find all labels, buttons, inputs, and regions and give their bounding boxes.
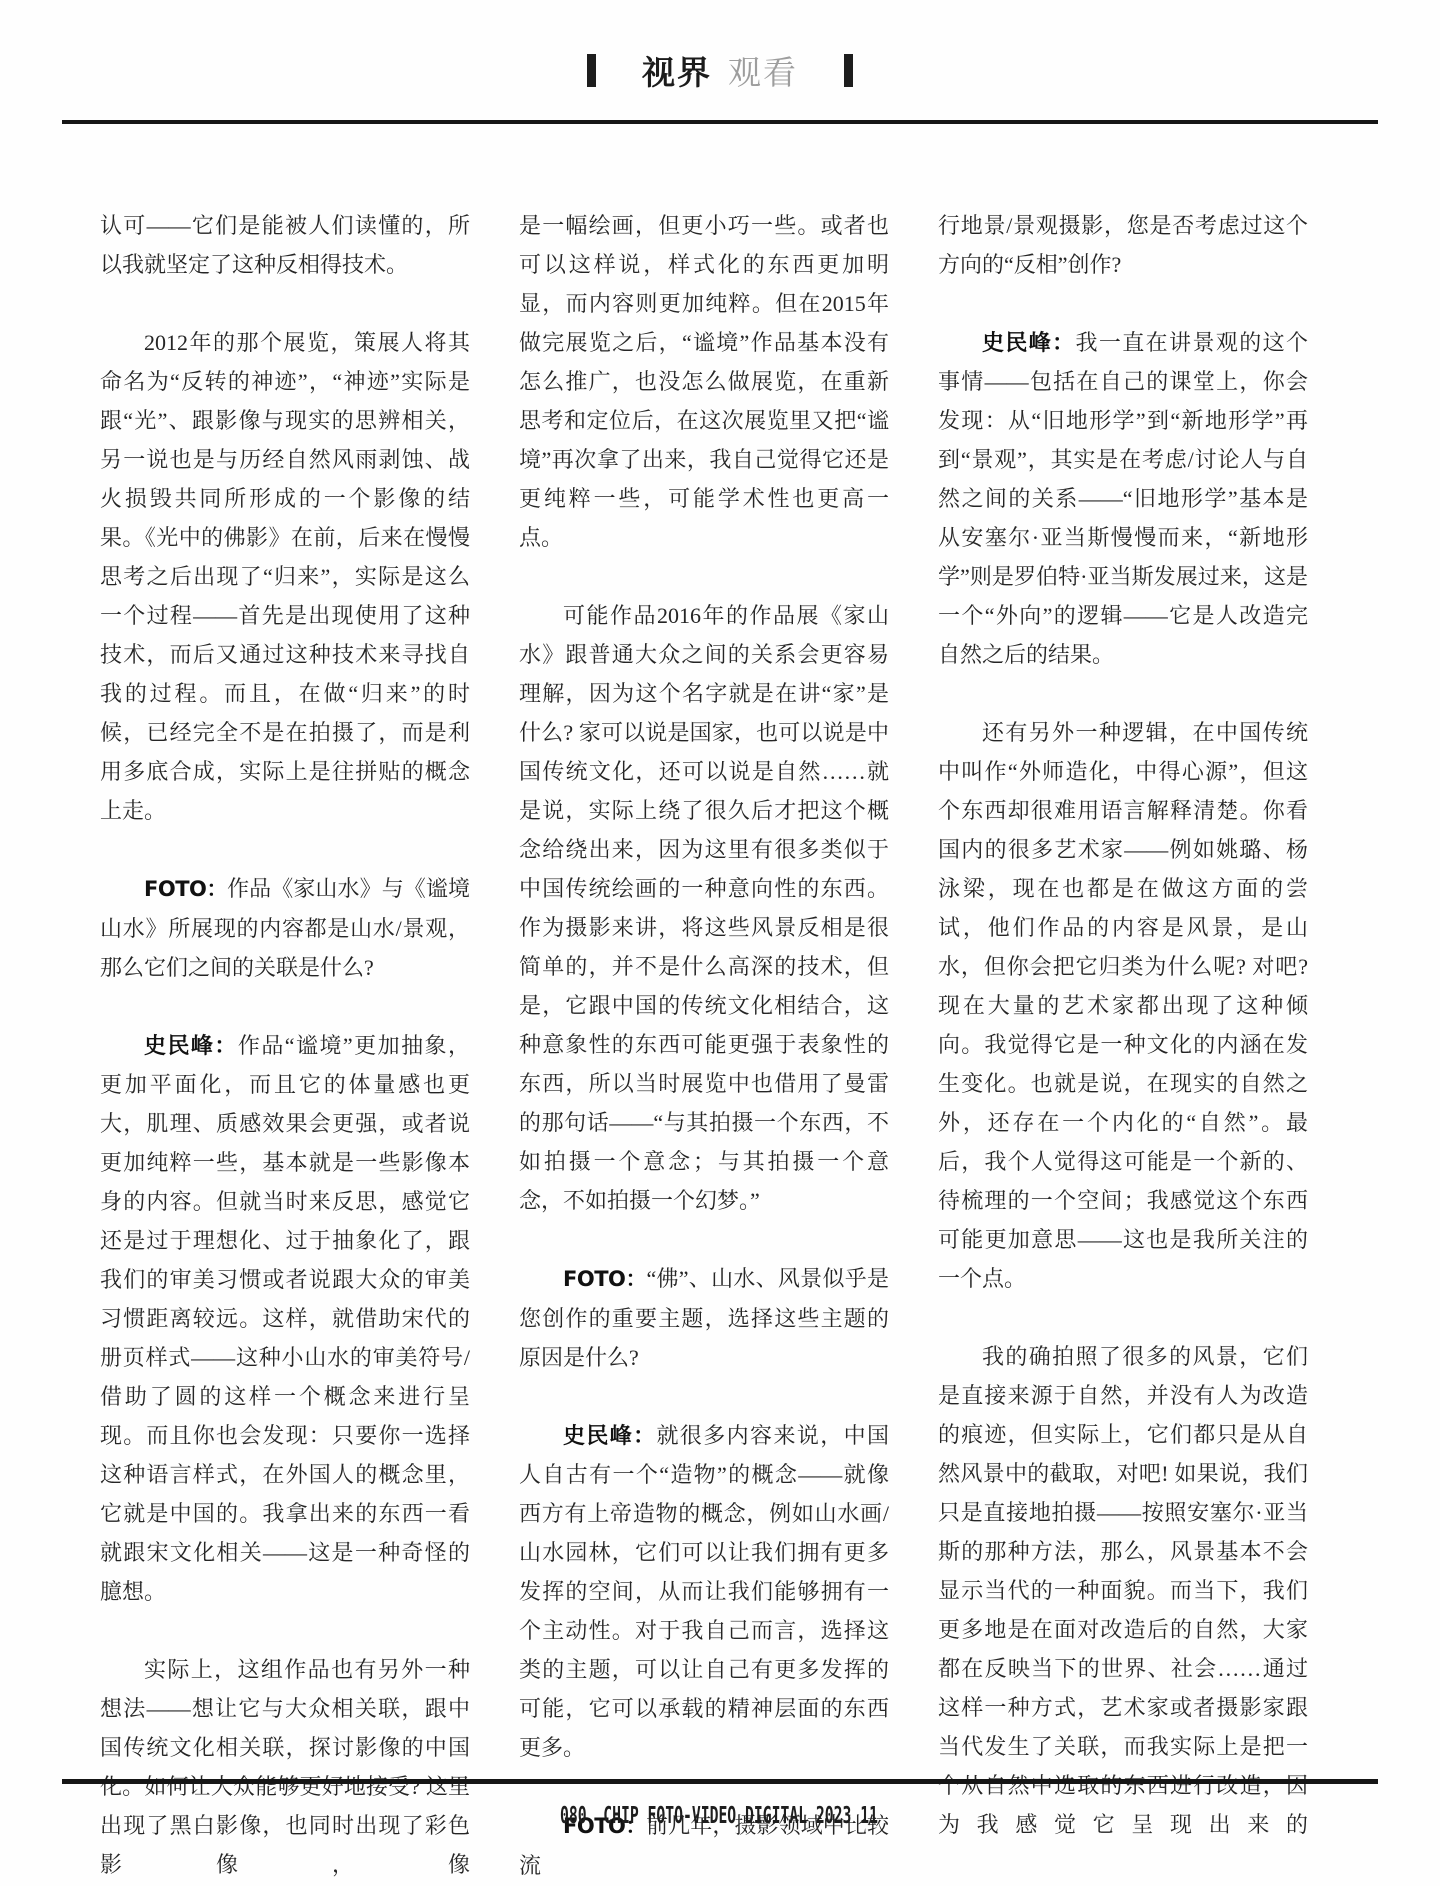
paragraph-text: 认可——它们是能被人们读懂的，所以我就坚定了这种反相得技术。 — [100, 213, 470, 277]
paragraph-text: 可能作品2016年的作品展《家山水》跟普通大众之间的关系会更容易理解，因为这个名… — [519, 603, 889, 1213]
column-3: 行地景/景观摄影，您是否考虑过这个方向的“反相”创作? 史民峰：我一直在讲景观的… — [938, 206, 1308, 1885]
interviewee-label: 史民峰： — [144, 1033, 238, 1058]
header-bar-right-icon — [844, 54, 853, 87]
header-bar-left-icon — [587, 54, 596, 87]
paragraph: 史民峰：作品“谧境”更加抽象，更加平面化，而且它的体量感也更大，肌理、质感效果会… — [100, 1026, 470, 1611]
footer-rule — [62, 1779, 1378, 1784]
magazine-title: CHIP FOTO-VIDEO DIGITAL 2023 11 — [603, 1803, 878, 1829]
page-number: 080 — [560, 1803, 587, 1829]
paragraph-text: 行地景/景观摄影，您是否考虑过这个方向的“反相”创作? — [938, 213, 1308, 277]
paragraph: 实际上，这组作品也有另外一种想法——想让它与大众相关联，跟中国传统文化相关联，探… — [100, 1650, 470, 1884]
paragraph-text: 实际上，这组作品也有另外一种想法——想让它与大众相关联，跟中国传统文化相关联，探… — [100, 1657, 470, 1877]
header-rule — [62, 120, 1378, 124]
interviewee-label: 史民峰： — [563, 1423, 657, 1448]
paragraph-text: 作品“谧境”更加抽象，更加平面化，而且它的体量感也更大，肌理、质感效果会更强，或… — [100, 1033, 470, 1604]
paragraph-text: 还有另外一种逻辑，在中国传统中叫作“外师造化，中得心源”，但这个东西却很难用语言… — [938, 720, 1308, 1291]
column-2: 是一幅绘画，但更小巧一些。或者也可以这样说，样式化的东西更加明显，而内容则更加纯… — [519, 206, 889, 1885]
paragraph-text: 我的确拍照了很多的风景，它们是直接来源于自然，并没有人为改造的痕迹，但实际上，它… — [938, 1344, 1308, 1837]
paragraph: FOTO：“佛”、山水、风景似乎是您创作的重要主题，选择这些主题的原因是什么? — [519, 1259, 889, 1377]
section-title: 视界 — [642, 47, 712, 94]
paragraph: FOTO：作品《家山水》与《谧境山水》所展现的内容都是山水/景观，那么它们之间的… — [100, 869, 470, 987]
paragraph: 2012年的那个展览，策展人将其命名为“反转的神迹”，“神迹”实际是跟“光”、跟… — [100, 323, 470, 830]
paragraph: 史民峰：我一直在讲景观的这个事情——包括在自己的课堂上，你会发现：从“旧地形学”… — [938, 323, 1308, 674]
paragraph: 认可——它们是能被人们读懂的，所以我就坚定了这种反相得技术。 — [100, 206, 470, 284]
page-footer: 080 CHIP FOTO-VIDEO DIGITAL 2023 11 — [560, 1803, 878, 1829]
paragraph: 史民峰：就很多内容来说，中国人自古有一个“造物”的概念——就像西方有上帝造物的概… — [519, 1416, 889, 1767]
paragraph: 还有另外一种逻辑，在中国传统中叫作“外师造化，中得心源”，但这个东西却很难用语言… — [938, 713, 1308, 1298]
paragraph: 我的确拍照了很多的风景，它们是直接来源于自然，并没有人为改造的痕迹，但实际上，它… — [938, 1337, 1308, 1844]
paragraph-text: 2012年的那个展览，策展人将其命名为“反转的神迹”，“神迹”实际是跟“光”、跟… — [100, 330, 470, 823]
interviewer-label: FOTO： — [563, 1267, 646, 1291]
paragraph: 可能作品2016年的作品展《家山水》跟普通大众之间的关系会更容易理解，因为这个名… — [519, 596, 889, 1220]
paragraph-text: 是一幅绘画，但更小巧一些。或者也可以这样说，样式化的东西更加明显，而内容则更加纯… — [519, 213, 889, 550]
paragraph-text: 就很多内容来说，中国人自古有一个“造物”的概念——就像西方有上帝造物的概念，例如… — [519, 1423, 889, 1760]
interviewee-label: 史民峰： — [982, 330, 1076, 355]
column-1: 认可——它们是能被人们读懂的，所以我就坚定了这种反相得技术。 2012年的那个展… — [100, 206, 470, 1885]
paragraph: 是一幅绘画，但更小巧一些。或者也可以这样说，样式化的东西更加明显，而内容则更加纯… — [519, 206, 889, 557]
paragraph-text: 我一直在讲景观的这个事情——包括在自己的课堂上，你会发现：从“旧地形学”到“新地… — [938, 330, 1308, 667]
paragraph: 行地景/景观摄影，您是否考虑过这个方向的“反相”创作? — [938, 206, 1308, 284]
article-body: 认可——它们是能被人们读懂的，所以我就坚定了这种反相得技术。 2012年的那个展… — [100, 206, 1308, 1885]
page-header: 视界 观看 — [0, 48, 1440, 92]
magazine-page: 视界 观看 认可——它们是能被人们读懂的，所以我就坚定了这种反相得技术。 201… — [0, 0, 1440, 1886]
section-subtitle: 观看 — [728, 47, 798, 94]
interviewer-label: FOTO： — [144, 877, 227, 901]
header-titles: 视界 观看 — [642, 47, 798, 94]
